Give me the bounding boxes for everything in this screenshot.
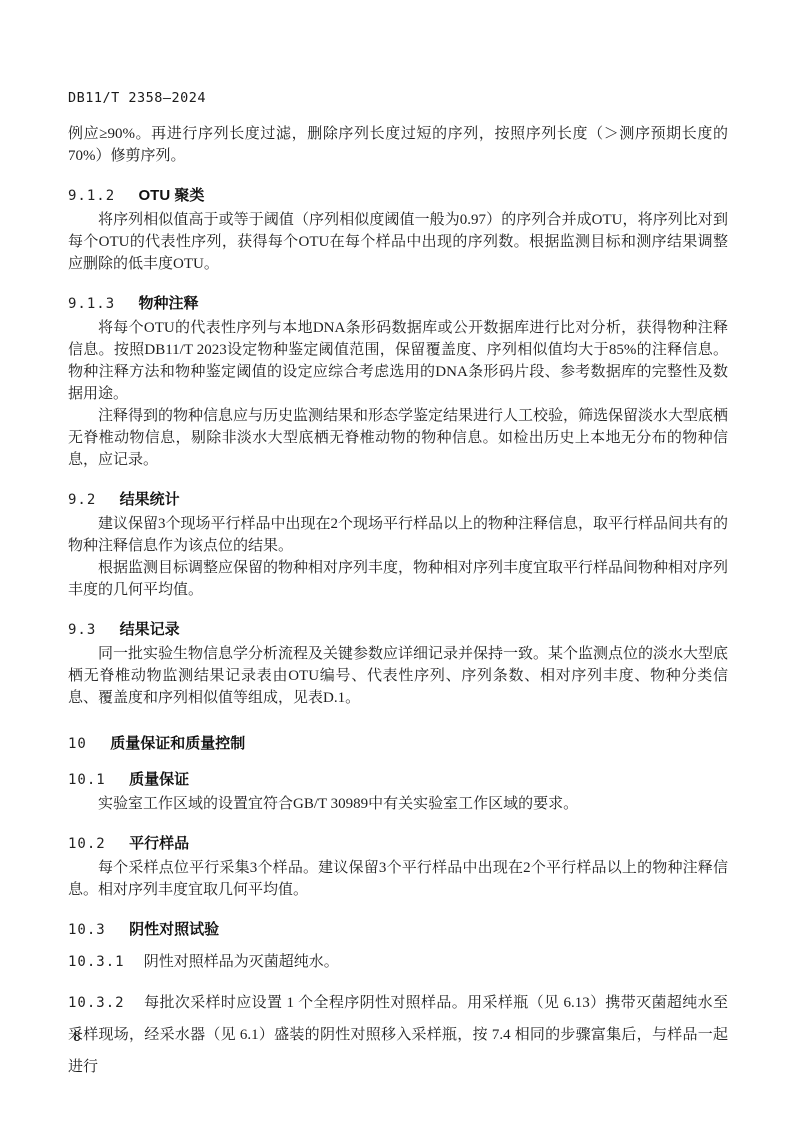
paragraph-sequence-trimming: 例应≥90%。再进行序列长度过滤，删除序列长度过短的序列，按照序列长度（＞测序预… <box>68 123 728 167</box>
clause-text: 阴性对照样品为灭菌超纯水。 <box>144 954 339 970</box>
heading-title: 结果记录 <box>120 621 180 638</box>
heading-title: 平行样品 <box>129 835 189 852</box>
clause-number: 10.3.1 <box>68 954 125 970</box>
clause-paragraph-10-3-1: 10.3.1 阴性对照样品为灭菌超纯水。 <box>68 951 728 973</box>
paragraph-species-annotation-2: 注释得到的物种信息应与历史监测结果和形态学鉴定结果进行人工校验，筛选保留淡水大型… <box>68 405 728 471</box>
paragraph-parallel-samples: 每个采样点位平行采集3个样品。建议保留3个平行样品中出现在2个平行样品以上的物种… <box>68 857 728 901</box>
heading-number: 9.3 <box>68 622 96 638</box>
paragraph-result-record: 同一批实验生物信息学分析流程及关键参数应详细记录并保持一致。某个监测点位的淡水大… <box>68 643 728 709</box>
heading-number: 9.1.3 <box>68 296 115 312</box>
heading-title: OTU 聚类 <box>139 187 205 204</box>
section-heading-9-1-2: 9.1.2 OTU 聚类 <box>68 185 728 207</box>
clause-text: 每批次采样时应设置 1 个全程序阴性对照样品。用采样瓶（见 6.13）携带灭菌超… <box>68 995 728 1075</box>
paragraph-result-stats-2: 根据监测目标调整应保留的物种相对序列丰度，物种相对序列丰度宜取平行样品间物种相对… <box>68 557 728 601</box>
heading-title: 质量保证和质量控制 <box>110 735 245 752</box>
running-header-standard-number: DB11/T 2358—2024 <box>68 88 728 108</box>
paragraph-species-annotation-1: 将每个OTU的代表性序列与本地DNA条形码数据库或公开数据库进行比对分析，获得物… <box>68 317 728 405</box>
page-number: 8 <box>73 1030 81 1045</box>
section-heading-9-2: 9.2 结果统计 <box>68 489 728 511</box>
section-heading-9-1-3: 9.1.3 物种注释 <box>68 293 728 315</box>
document-page: DB11/T 2358—2024 例应≥90%。再进行序列长度过滤，删除序列长度… <box>0 0 793 1123</box>
heading-number: 10.2 <box>68 836 106 852</box>
chapter-heading-10: 10 质量保证和质量控制 <box>68 733 728 755</box>
section-heading-10-1: 10.1 质量保证 <box>68 769 728 791</box>
section-heading-10-2: 10.2 平行样品 <box>68 833 728 855</box>
paragraph-result-stats-1: 建议保留3个现场平行样品中出现在2个现场平行样品以上的物种注释信息，取平行样品间… <box>68 513 728 557</box>
paragraph-otu-clustering: 将序列相似值高于或等于阈值（序列相似度阈值一般为0.97）的序列合并成OTU，将… <box>68 209 728 275</box>
heading-title: 物种注释 <box>139 295 199 312</box>
heading-number: 9.1.2 <box>68 188 115 204</box>
heading-title: 结果统计 <box>120 491 180 508</box>
paragraph-quality-assurance: 实验室工作区域的设置宜符合GB/T 30989中有关实验室工作区域的要求。 <box>68 793 728 815</box>
page-content: DB11/T 2358—2024 例应≥90%。再进行序列长度过滤，删除序列长度… <box>68 88 728 1083</box>
heading-title: 阴性对照试验 <box>129 921 219 938</box>
heading-number: 10 <box>68 736 87 752</box>
section-heading-10-3: 10.3 阴性对照试验 <box>68 919 728 941</box>
heading-number: 10.3 <box>68 922 106 938</box>
heading-number: 10.1 <box>68 772 106 788</box>
clause-paragraph-10-3-2: 10.3.2 每批次采样时应设置 1 个全程序阴性对照样品。用采样瓶（见 6.1… <box>68 987 728 1083</box>
heading-title: 质量保证 <box>129 771 189 788</box>
heading-number: 9.2 <box>68 492 96 508</box>
section-heading-9-3: 9.3 结果记录 <box>68 619 728 641</box>
clause-number: 10.3.2 <box>68 995 125 1011</box>
